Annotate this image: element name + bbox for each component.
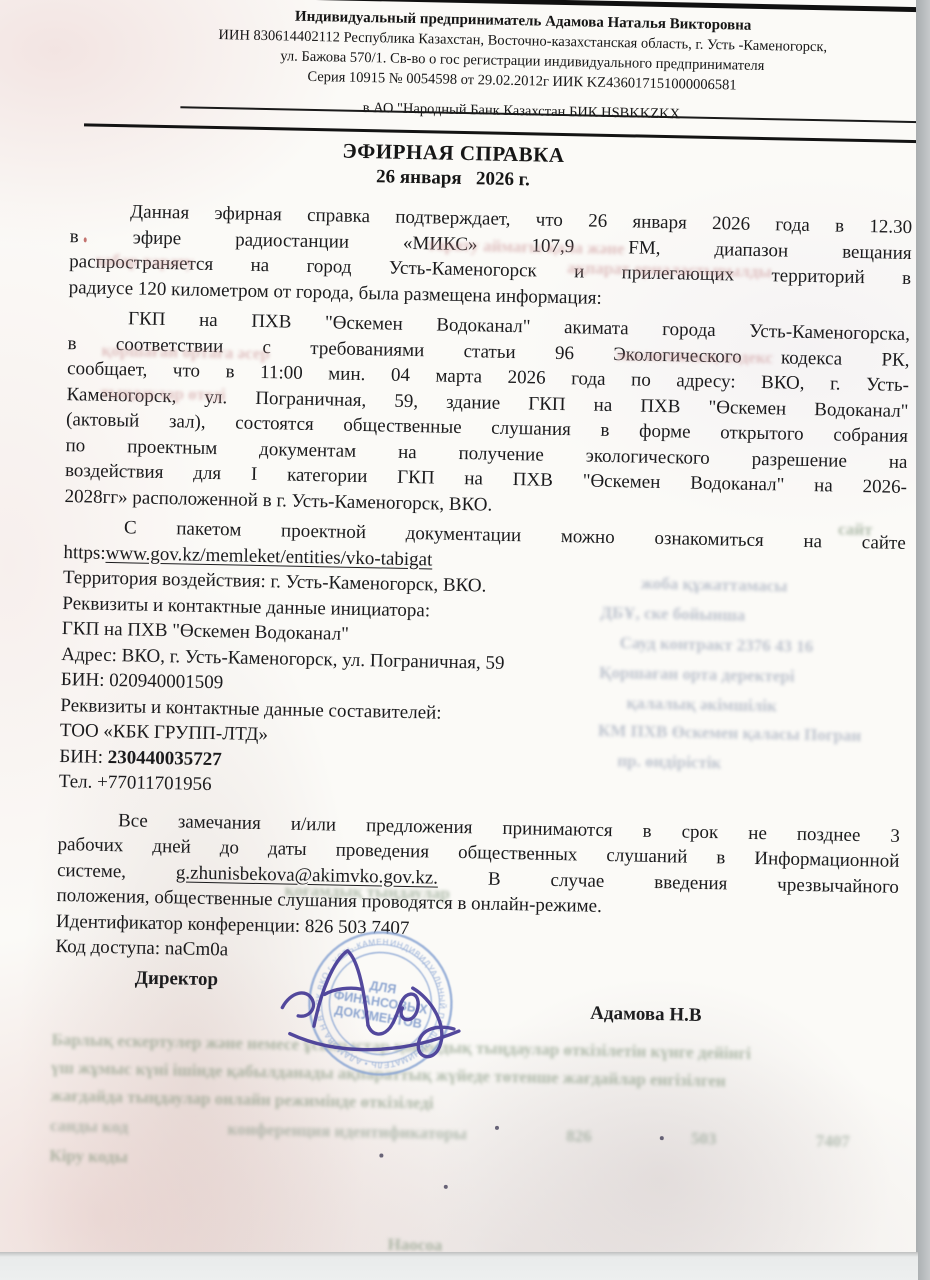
ink-speck: [495, 1126, 499, 1130]
director-label: Директор: [135, 968, 219, 992]
document-body: Данная эфирная справка подтверждает, что…: [55, 198, 912, 976]
ink-speck: [379, 1154, 383, 1158]
bleedthrough-row: санды код конференция идентификаторы 826…: [50, 1116, 850, 1152]
letterhead-line: в АО "Народный Банк Казахстан БИК HSBKKZ…: [130, 93, 912, 129]
bleedthrough-text: санды код: [50, 1116, 129, 1138]
paper-page: Индивидуальный предприниматель Адамова Н…: [0, 0, 918, 1254]
bleedthrough-text: конференция идентификаторы: [227, 1119, 467, 1144]
letterhead: Индивидуальный предприниматель Адамова Н…: [130, 3, 914, 129]
bleedthrough-text: жағдайда тыңдаулар онлайн режимінде өткі…: [50, 1086, 610, 1117]
bleedthrough-text: 826: [566, 1126, 592, 1147]
ink-speck: [444, 1185, 448, 1189]
url-link-text: www.gov.kz/memleket/entities/vko-tabigat: [105, 542, 432, 570]
bin-value: 230440035727: [108, 746, 222, 769]
signatory-name: Адамова Н.В: [590, 1003, 702, 1027]
url-prefix: https:: [63, 542, 106, 564]
bleedthrough-text: Кіру коды: [49, 1146, 128, 1168]
bin-label: БИН:: [59, 746, 108, 768]
scanner-edge-bottom: [0, 1252, 918, 1280]
ink-speck: [660, 1136, 664, 1140]
document-scan: Индивидуальный предприниматель Адамова Н…: [0, 0, 930, 1280]
document-content: Индивидуальный предприниматель Адамова Н…: [0, 0, 918, 1254]
bleedthrough-text: 7407: [816, 1131, 850, 1152]
email-text: g.zhunisbekova@akimvko.gov.kz.: [176, 862, 439, 888]
email-pre: системе,: [57, 859, 176, 882]
handwritten-signature: [253, 929, 506, 1079]
paragraph: Данная эфирная справка подтверждает, что…: [69, 198, 913, 317]
paragraph: ГКП на ПХВ "Өскемен Водоканал" акимата г…: [64, 305, 910, 526]
bleedthrough-text: 503: [691, 1129, 717, 1150]
paragraph: С пакетом проектной документации можно о…: [59, 514, 906, 811]
scanner-edge-right: [916, 0, 930, 1280]
